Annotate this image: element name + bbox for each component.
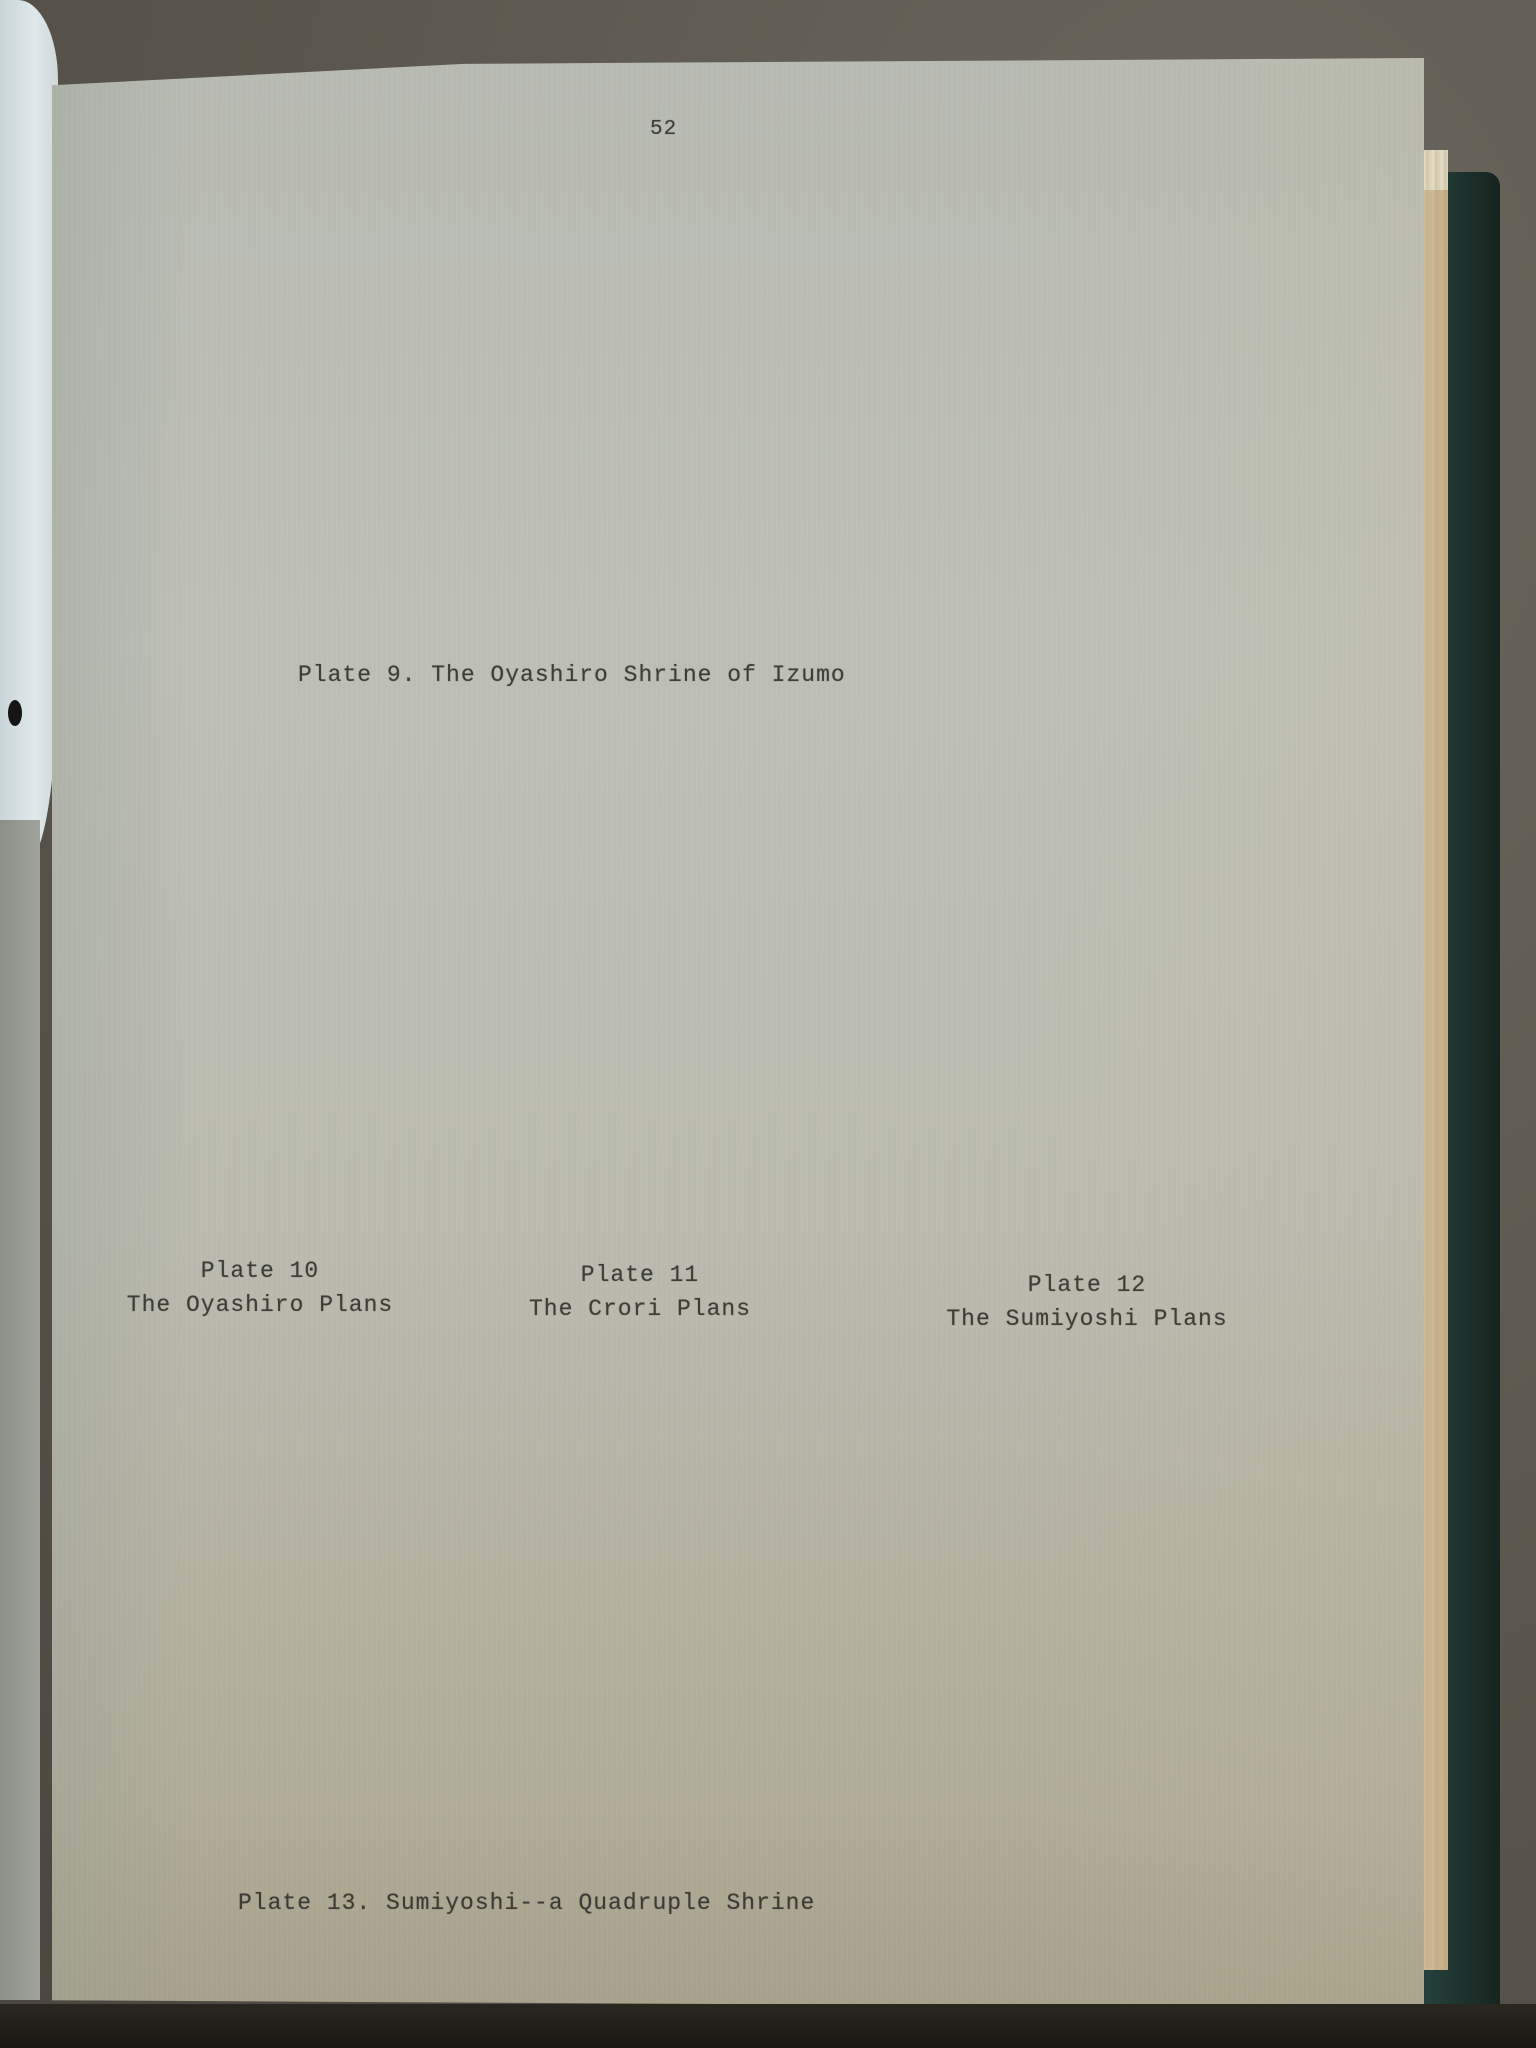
plate-12-label: Plate 12 (882, 1268, 1292, 1302)
floor-shadow (0, 2004, 1536, 2048)
facing-page-edge (0, 0, 58, 860)
page-number: 52 (650, 118, 677, 141)
document-page: 52 Plate 9. The Oyashiro Shrine of Izumo… (52, 58, 1424, 2008)
photo-scene: 52 Plate 9. The Oyashiro Shrine of Izumo… (0, 0, 1536, 2048)
plate-12-title: The Sumiyoshi Plans (882, 1302, 1292, 1336)
plate-10-caption: Plate 10 The Oyashiro Plans (70, 1254, 450, 1322)
plate-9-caption: Plate 9. The Oyashiro Shrine of Izumo (298, 662, 846, 688)
plate-10-label: Plate 10 (70, 1254, 450, 1288)
plate-13-caption: Plate 13. Sumiyoshi--a Quadruple Shrine (238, 1890, 815, 1916)
plate-11-label: Plate 11 (470, 1258, 810, 1292)
facing-page-shadow (0, 820, 40, 2000)
plate-11-title: The Crori Plans (470, 1292, 810, 1326)
plate-11-caption: Plate 11 The Crori Plans (470, 1258, 810, 1326)
binder-hole (8, 700, 22, 726)
plate-12-caption: Plate 12 The Sumiyoshi Plans (882, 1268, 1292, 1336)
plate-10-title: The Oyashiro Plans (70, 1288, 450, 1322)
